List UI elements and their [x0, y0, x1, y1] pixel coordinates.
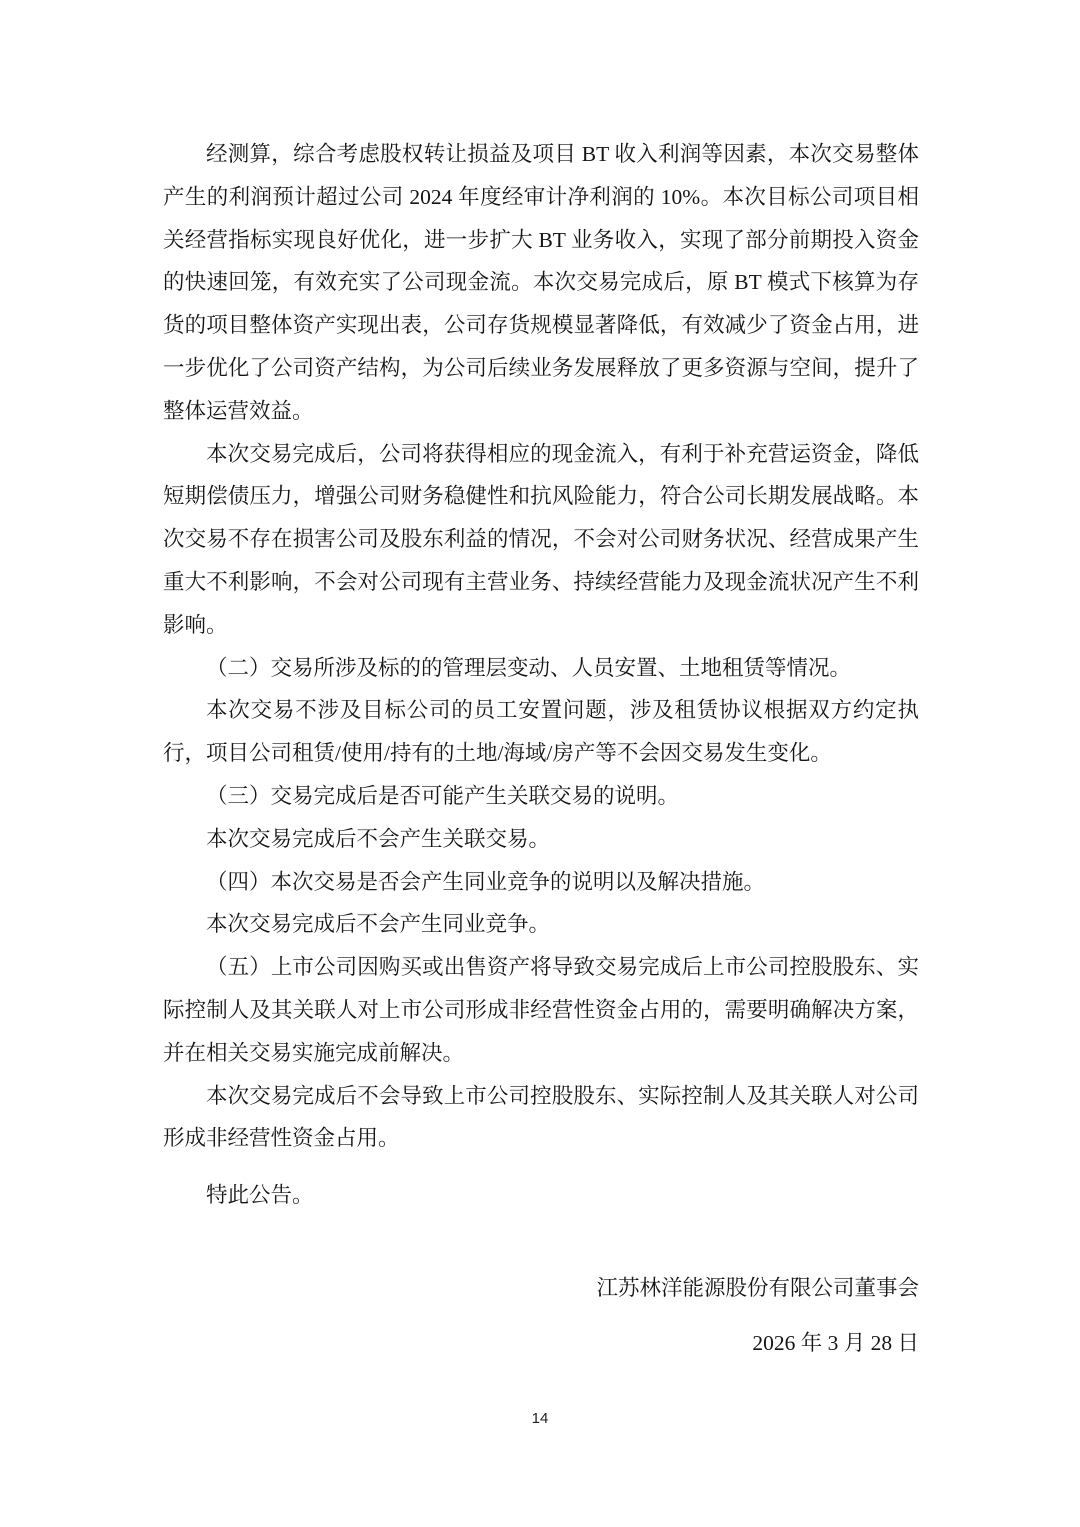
document-page: 经测算，综合考虑股权转让损益及项目 BT 收入利润等因素，本次交易整体产生的利润…	[0, 0, 1080, 1527]
paragraph-cash-flow-impact: 本次交易完成后，公司将获得相应的现金流入，有利于补充营运资金，降低短期偿债压力，…	[163, 433, 919, 647]
paragraph-related-transactions: 本次交易完成后不会产生关联交易。	[163, 818, 919, 861]
section-heading-4: （四）本次交易是否会产生同业竞争的说明以及解决措施。	[163, 861, 919, 904]
paragraph-staff-lease: 本次交易不涉及目标公司的员工安置问题，涉及租赁协议根据双方约定执行，项目公司租赁…	[163, 689, 919, 775]
signature-date: 2026 年 3 月 28 日	[163, 1322, 919, 1365]
closing-statement: 特此公告。	[163, 1174, 919, 1217]
document-body: 经测算，综合考虑股权转让损益及项目 BT 收入利润等因素，本次交易整体产生的利润…	[163, 133, 919, 1365]
paragraph-profit-impact: 经测算，综合考虑股权转让损益及项目 BT 收入利润等因素，本次交易整体产生的利润…	[163, 133, 919, 433]
section-heading-5: （五）上市公司因购买或出售资产将导致交易完成后上市公司控股股东、实际控制人及其关…	[163, 946, 919, 1074]
section-heading-3: （三）交易完成后是否可能产生关联交易的说明。	[163, 775, 919, 818]
paragraph-industry-competition: 本次交易完成后不会产生同业竞争。	[163, 903, 919, 946]
signature-board: 江苏林洋能源股份有限公司董事会	[163, 1267, 919, 1310]
section-heading-2: （二）交易所涉及标的的管理层变动、人员安置、土地租赁等情况。	[163, 647, 919, 690]
paragraph-fund-occupation: 本次交易完成后不会导致上市公司控股股东、实际控制人及其关联人对公司形成非经营性资…	[163, 1075, 919, 1161]
page-number: 14	[0, 1410, 1080, 1427]
